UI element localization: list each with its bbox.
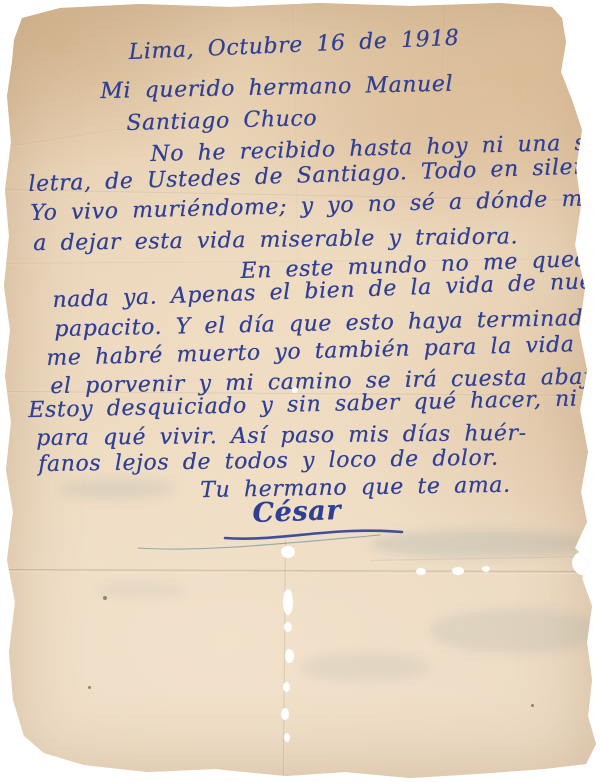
tear-hole — [281, 546, 295, 558]
paper-sheet: Lima, Octubre 16 de 1918 Mi querido herm… — [0, 0, 600, 782]
tear-hole — [281, 708, 289, 720]
scanned-letter-image: Lima, Octubre 16 de 1918 Mi querido herm… — [0, 0, 600, 782]
tear-hole — [572, 550, 600, 576]
place-line: Santiago Chuco — [126, 106, 317, 137]
tear-hole — [292, 387, 298, 393]
ink-bleed-stain — [430, 608, 600, 654]
signature-flourish — [130, 520, 420, 556]
tear-hole — [283, 682, 290, 692]
tear-hole — [452, 567, 464, 575]
tear-hole — [284, 733, 290, 742]
ink-bleed-stain — [96, 582, 186, 598]
tear-hole — [283, 589, 293, 615]
tear-hole — [416, 568, 426, 575]
closing-line: Tu hermano que te ama. — [200, 473, 511, 504]
paper-speck — [531, 704, 534, 707]
tear-hole — [482, 566, 490, 572]
tear-hole — [285, 649, 294, 663]
paper-speck — [88, 686, 91, 689]
tear-hole — [284, 622, 292, 632]
ink-bleed-stain — [60, 478, 175, 500]
paper-speck — [103, 596, 107, 600]
ink-bleed-stain — [300, 652, 430, 682]
